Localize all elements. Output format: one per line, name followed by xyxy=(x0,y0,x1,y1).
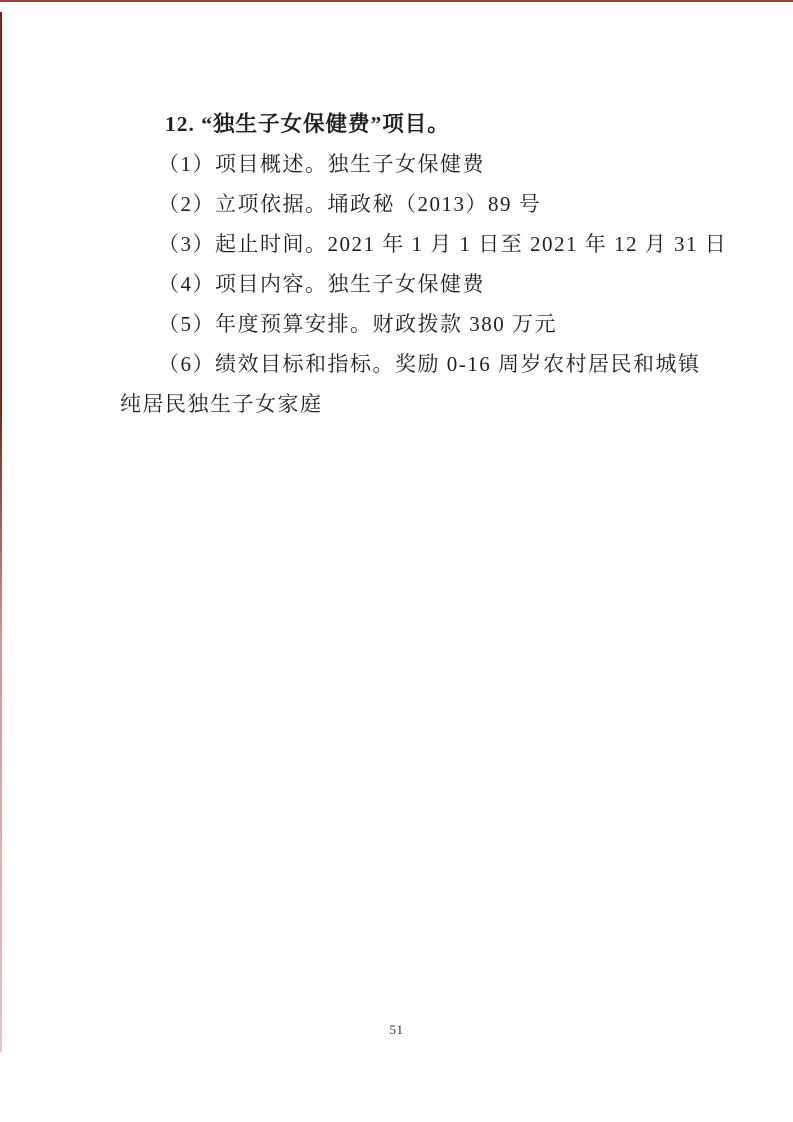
paragraph-line-3: （3）起止时间。2021 年 1 月 1 日至 2021 年 12 月 31 日 xyxy=(120,224,680,264)
scan-edge-top-line xyxy=(0,0,793,2)
page-number: 51 xyxy=(0,1022,793,1038)
paragraph-line-6-continuation: 纯居民独生子女家庭 xyxy=(120,384,680,424)
paragraph-line-2: （2）立项依据。埇政秘（2013）89 号 xyxy=(120,184,680,224)
document-body: 12. “独生子女保健费”项目。 （1）项目概述。独生子女保健费 （2）立项依据… xyxy=(120,104,680,424)
scan-edge-left-line xyxy=(0,12,2,1052)
paragraph-line-6: （6）绩效目标和指标。奖励 0-16 周岁农村居民和城镇 xyxy=(120,344,680,384)
document-page: 12. “独生子女保健费”项目。 （1）项目概述。独生子女保健费 （2）立项依据… xyxy=(0,0,793,1122)
paragraph-line-4: （4）项目内容。独生子女保健费 xyxy=(120,264,680,304)
paragraph-line-1: （1）项目概述。独生子女保健费 xyxy=(120,144,680,184)
paragraph-line-5: （5）年度预算安排。财政拨款 380 万元 xyxy=(120,304,680,344)
section-title: 12. “独生子女保健费”项目。 xyxy=(120,104,680,144)
